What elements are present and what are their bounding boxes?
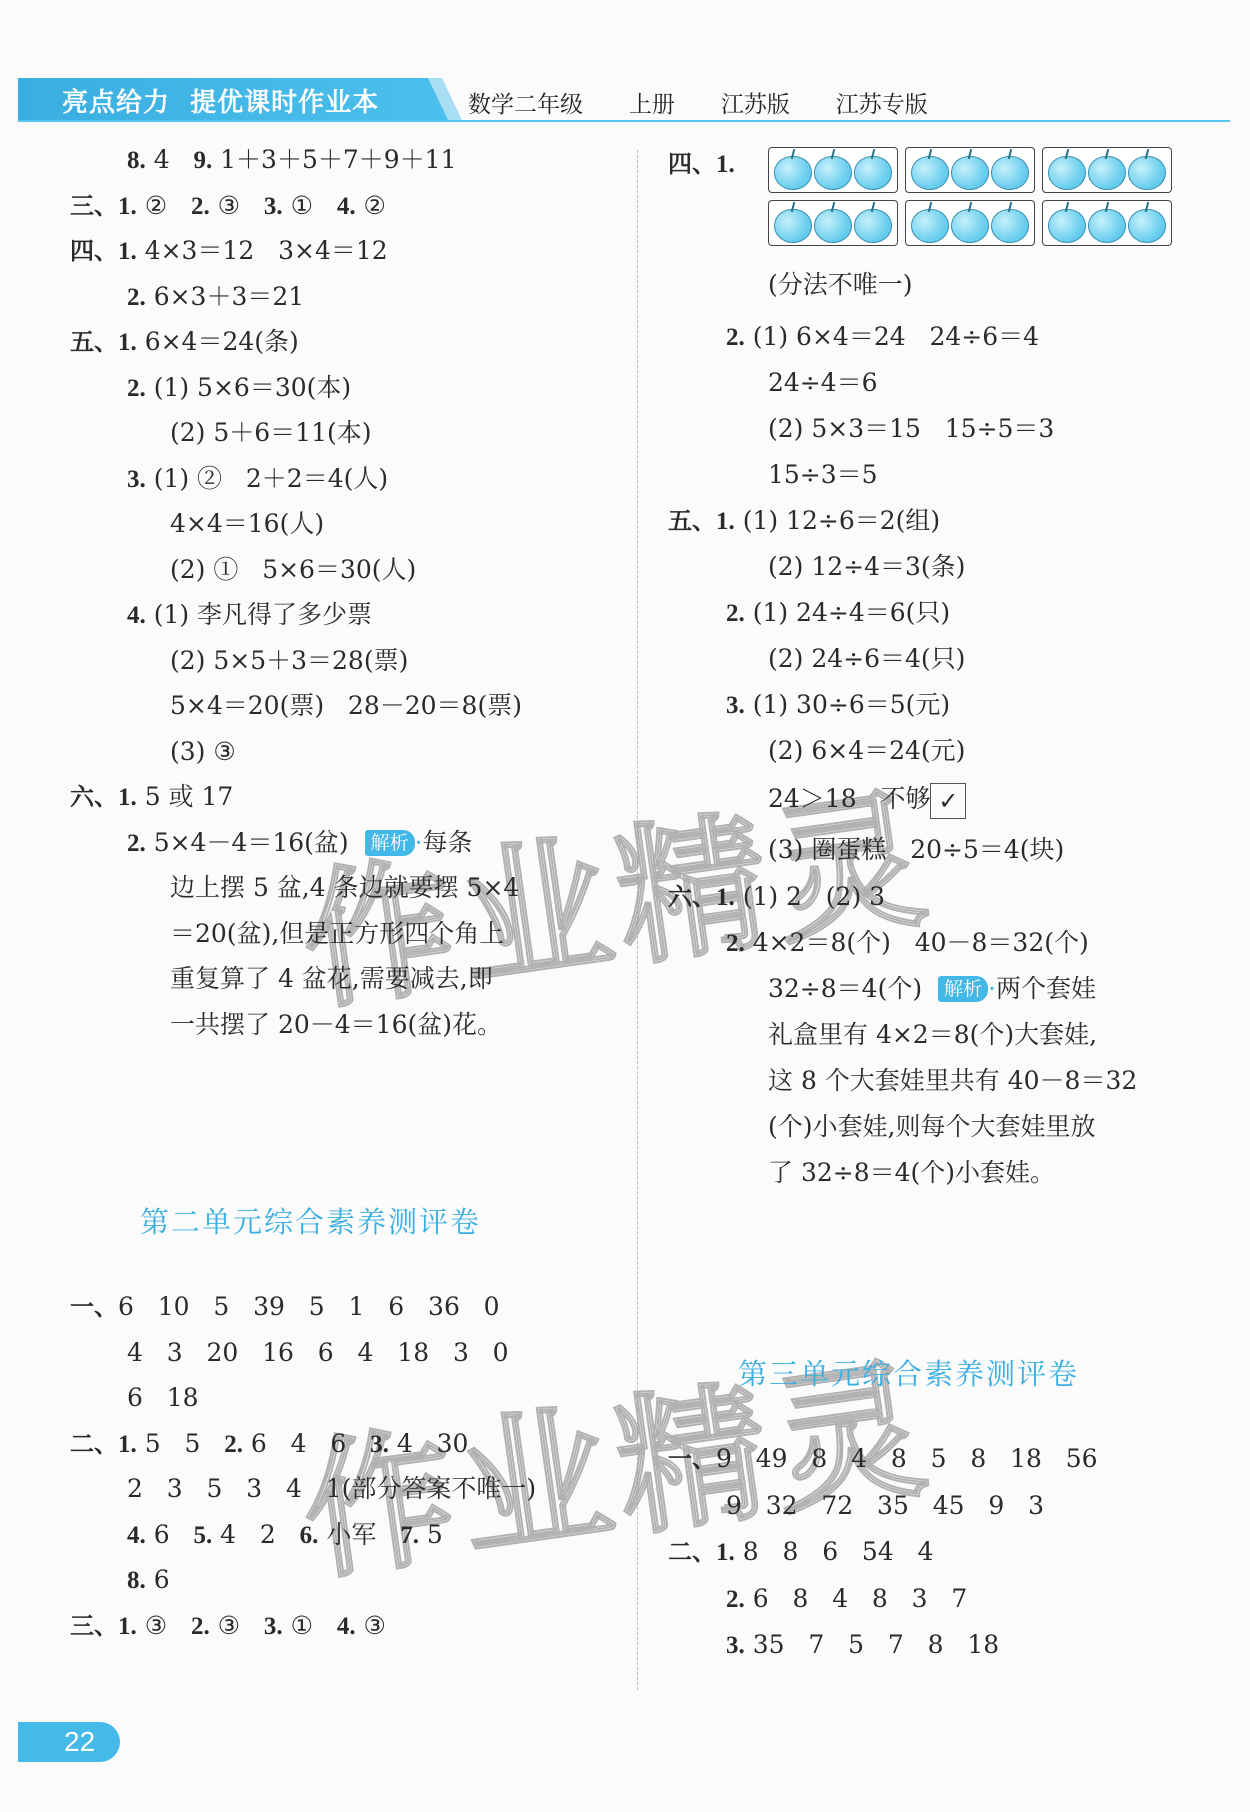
analysis-badge: 解析 — [365, 830, 415, 856]
answer-text: 6 — [146, 1565, 170, 1594]
apple-icon — [1088, 156, 1126, 190]
answer-line: 2. (1) 24÷4＝6(只) — [726, 596, 950, 631]
question-number: 8. — [127, 147, 146, 174]
answer-text: (1) 李凡得了多少票 — [146, 600, 372, 629]
question-number: 3. — [726, 692, 745, 719]
apple-group-box — [1042, 200, 1172, 246]
answer-text: (3) ③ — [170, 737, 236, 766]
answer-line: 礼盒里有 4×2＝8(个)大套娃, — [768, 1018, 1097, 1052]
answer-line: 重复算了 4 盆花,需要减去,即 — [170, 962, 493, 996]
apple-icon — [1088, 209, 1126, 243]
question-number: 2. — [191, 193, 210, 220]
answer-text: 4 — [146, 145, 194, 174]
answer-text: 4×2＝8(个) 40－8＝32(个) — [745, 928, 1089, 957]
answer-line: 2. 5×4－4＝16(盆) 解析·每条 — [127, 826, 473, 861]
section-title-unit3: 第三单元综合素养测评卷 — [738, 1352, 1079, 1393]
question-number: 2. — [726, 324, 745, 351]
answer-line: 6 18 — [127, 1381, 199, 1415]
answer-text: 9 32 72 35 45 9 3 — [726, 1491, 1044, 1520]
section-number: 二、 — [668, 1538, 716, 1566]
apple-icon — [1128, 156, 1166, 190]
answer-text: (2) 5＋6＝11(本) — [170, 418, 372, 447]
answer-text: 了 32÷8＝4(个)小套娃。 — [768, 1158, 1055, 1187]
section-number: 四、 — [70, 237, 118, 265]
question-number: 2. — [127, 830, 146, 857]
answer-line: 2 3 5 3 4 1(部分答案不唯一) — [127, 1472, 536, 1506]
book-subtitle: 数学二年级 上册 江苏版 江苏专版 — [468, 86, 928, 119]
answer-text: ③ — [137, 1611, 191, 1640]
answer-text: (个)小套娃,则每个大套娃里放 — [768, 1112, 1095, 1141]
answer-line: 4. (1) 李凡得了多少票 — [127, 598, 372, 633]
answer-line: 这 8 个大套娃里共有 40－8＝32 — [768, 1064, 1137, 1098]
question-number: 3. — [127, 466, 146, 493]
q4-1-label: 四、1. — [668, 147, 735, 182]
answer-text: ② — [356, 191, 386, 220]
answer-text: 小军 — [318, 1520, 400, 1549]
answer-text: 边上摆 5 盆,4 条边就要摆 5×4 — [170, 873, 519, 902]
question-number: 2. — [726, 1586, 745, 1613]
answer-text: (2) 12÷4＝3(条) — [768, 552, 965, 581]
answer-line: 2. 6 8 4 8 3 7 — [726, 1582, 967, 1617]
answer-line: 2. 6×3＋3＝21 — [127, 280, 304, 315]
answer-text: 24÷4＝6 — [768, 368, 878, 397]
answer-text: 6×4＝24(条) — [137, 327, 299, 356]
answer-line: ＝20(盆),但是正方形四个角上 — [170, 917, 504, 951]
question-number: 2. — [127, 375, 146, 402]
question-number: 5. — [193, 1522, 212, 1549]
answer-line: 二、1. 5 5 2. 6 4 6 3. 4 30 — [70, 1427, 468, 1462]
section-number: 一、 — [668, 1445, 716, 1473]
analysis-badge: 解析 — [938, 976, 988, 1002]
answer-line: (3) 圈蛋糕 20÷5＝4(块) — [768, 833, 1064, 867]
answer-text: 5 — [419, 1520, 443, 1549]
answer-text: 6×3＋3＝21 — [146, 282, 304, 311]
answer-text: 9 49 8 4 8 5 8 18 56 — [716, 1444, 1098, 1473]
answer-line: (2) 5×5＋3＝28(票) — [170, 644, 408, 678]
answer-text: 重复算了 4 盆花,需要减去,即 — [170, 964, 493, 993]
apple-group-box — [1042, 147, 1172, 193]
answer-line: 二、1. 8 8 6 54 4 — [668, 1535, 934, 1570]
question-number: 1. — [118, 1613, 137, 1640]
answer-line: 一、6 10 5 39 5 1 6 36 0 — [70, 1290, 500, 1324]
answer-line: 9 32 72 35 45 9 3 — [726, 1489, 1044, 1523]
question-number: 7. — [400, 1522, 419, 1549]
answer-line: 8. 6 — [127, 1563, 170, 1598]
answer-line: 边上摆 5 盆,4 条边就要摆 5×4 — [170, 871, 519, 905]
answer-text: 4 30 — [389, 1429, 469, 1458]
answer-line: 五、1. 6×4＝24(条) — [70, 325, 299, 360]
question-number: 1. — [118, 238, 137, 265]
answer-text: 35 7 5 7 8 18 — [745, 1630, 999, 1659]
section-number: 一、 — [70, 1293, 118, 1321]
answer-text: (2) 5×5＋3＝28(票) — [170, 646, 408, 675]
answer-line: 六、1. 5 或 17 — [70, 780, 233, 815]
answer-line: 四、1. 4×3＝12 3×4＝12 — [70, 234, 388, 269]
answer-text: 6 10 5 39 5 1 6 36 0 — [118, 1292, 500, 1321]
header-rule — [18, 120, 1230, 122]
answer-line: 一、9 49 8 4 8 5 8 18 56 — [668, 1442, 1098, 1476]
section-number: 五、 — [70, 328, 118, 356]
question-number: 1. — [118, 784, 137, 811]
answer-text: 5 5 — [137, 1429, 224, 1458]
answer-text: (2) 6×4＝24(元) — [768, 736, 965, 765]
answer-line: 2. 4×2＝8(个) 40－8＝32(个) — [726, 926, 1089, 961]
answer-text: (2) 24÷6＝4(只) — [768, 644, 965, 673]
question-number: 1. — [118, 193, 137, 220]
question-number: 3. — [264, 193, 283, 220]
section-number: 二、 — [70, 1430, 118, 1458]
answer-line: (2) 6×4＝24(元) — [768, 734, 965, 768]
apple-icon — [814, 156, 852, 190]
question-number: 3. — [370, 1431, 389, 1458]
answer-line: 五、1. (1) 12÷6＝2(组) — [668, 504, 940, 539]
section-number: 六、 — [668, 883, 716, 911]
page-header: 亮点给力 提优课时作业本 数学二年级 上册 江苏版 江苏专版 — [18, 78, 1230, 122]
answer-text: ① — [283, 191, 337, 220]
answer-text: 6 18 — [127, 1383, 199, 1412]
question-number: 4. — [127, 1522, 146, 1549]
answer-text: 6 — [146, 1520, 194, 1549]
apple-icon — [1128, 209, 1166, 243]
answer-text: 5×4＝20(票) 28－20＝8(票) — [170, 691, 522, 720]
question-number: 6. — [300, 1522, 319, 1549]
answer-line: 32÷8＝4(个) 解析·两个套娃 — [768, 972, 1096, 1006]
answer-text: (1) 24÷4＝6(只) — [745, 598, 950, 627]
question-number: 9. — [193, 147, 212, 174]
answer-line: 5×4＝20(票) 28－20＝8(票) — [170, 689, 522, 723]
answer-text: (1) 5×6＝30(本) — [146, 373, 351, 402]
question-number: 1. — [118, 329, 137, 356]
apple-icon — [951, 209, 989, 243]
answer-line: 3. 35 7 5 7 8 18 — [726, 1628, 999, 1663]
question-number: 2. — [191, 1613, 210, 1640]
apple-group-box — [905, 200, 1035, 246]
answer-text: 24＞18 不够 — [768, 784, 930, 813]
apple-icon — [774, 156, 812, 190]
answer-text: (3) 圈蛋糕 20÷5＝4(块) — [768, 835, 1064, 864]
apple-icon — [774, 209, 812, 243]
question-number: 3. — [726, 1632, 745, 1659]
answer-text: ③ — [210, 191, 264, 220]
question-number: 2. — [224, 1431, 243, 1458]
analysis-text: 每条 — [423, 828, 473, 857]
answer-line: 24÷4＝6 — [768, 366, 878, 400]
question-number: 3. — [264, 1613, 283, 1640]
apple-group-box — [768, 147, 898, 193]
answer-line: (2) ① 5×6＝30(人) — [170, 553, 416, 587]
question-number: 1. — [716, 1539, 735, 1566]
section-number: 六、 — [70, 783, 118, 811]
answer-line: 3. (1) ② 2＋2＝4(人) — [127, 462, 388, 497]
answer-text: 4 2 — [212, 1520, 299, 1549]
question-number: 4. — [337, 1613, 356, 1640]
apple-icon — [1048, 156, 1086, 190]
answer-line: 三、1. ② 2. ③ 3. ① 4. ② — [70, 189, 386, 224]
question-number: 2. — [127, 284, 146, 311]
answer-line: (2) 24÷6＝4(只) — [768, 642, 965, 676]
apple-icon — [991, 209, 1029, 243]
answer-text: 4×4＝16(人) — [170, 509, 324, 538]
answer-line: 8. 4 9. 1＋3＋5＋7＋9＋11 — [127, 143, 457, 178]
apple-group-box — [768, 200, 898, 246]
answer-text: ③ — [210, 1611, 264, 1640]
answer-line: (2) 5×3＝15 15÷5＝3 — [768, 412, 1054, 446]
answer-text: ＝20(盆),但是正方形四个角上 — [170, 919, 504, 948]
answer-text: 4 3 20 16 6 4 18 3 0 — [127, 1338, 509, 1367]
apple-icon — [951, 156, 989, 190]
answer-text: 6 4 6 — [243, 1429, 370, 1458]
answer-text: 这 8 个大套娃里共有 40－8＝32 — [768, 1066, 1137, 1095]
answer-text: 礼盒里有 4×2＝8(个)大套娃, — [768, 1020, 1097, 1049]
answer-line: (2) 12÷4＝3(条) — [768, 550, 965, 584]
apple-icon — [1048, 209, 1086, 243]
answer-line: 24＞18 不够✓ — [768, 782, 966, 819]
answer-line: 三、1. ③ 2. ③ 3. ① 4. ③ — [70, 1609, 386, 1644]
apple-group-box — [905, 147, 1035, 193]
answer-line: 4×4＝16(人) — [170, 507, 324, 541]
apple-icon — [854, 209, 892, 243]
answer-text: (1) 2 (2) 3 — [735, 882, 885, 911]
question-number: 4. — [337, 193, 356, 220]
answer-text: 5×4－4＝16(盆) — [146, 828, 365, 857]
question-number: 8. — [127, 1567, 146, 1594]
answer-text: (1) 30÷6＝5(元) — [745, 690, 950, 719]
apple-icon — [854, 156, 892, 190]
badge-dot: · — [988, 974, 996, 1003]
answer-text: 4×3＝12 3×4＝12 — [137, 236, 388, 265]
book-title: 亮点给力 提优课时作业本 — [62, 82, 379, 119]
answer-text: (2) ① 5×6＝30(人) — [170, 555, 416, 584]
badge-dot: · — [415, 828, 423, 857]
question-number: 4. — [127, 602, 146, 629]
answer-text: 8 8 6 54 4 — [735, 1537, 934, 1566]
question-number: 1. — [716, 884, 735, 911]
section-title-unit2: 第二单元综合素养测评卷 — [140, 1200, 481, 1241]
apple-icon — [911, 156, 949, 190]
answer-line: (3) ③ — [170, 735, 236, 769]
answer-text: 6 8 4 8 3 7 — [745, 1584, 968, 1613]
question-number: 2. — [726, 930, 745, 957]
question-number: 1. — [716, 508, 735, 535]
answer-line: (个)小套娃,则每个大套娃里放 — [768, 1110, 1095, 1144]
answer-line: 4 3 20 16 6 4 18 3 0 — [127, 1336, 509, 1370]
question-number: 2. — [726, 600, 745, 627]
answer-line: 2. (1) 6×4＝24 24÷6＝4 — [726, 320, 1039, 355]
checkmark-box: ✓ — [930, 783, 966, 819]
section-number: 五、 — [668, 507, 716, 535]
answer-line: 15÷3＝5 — [768, 458, 878, 492]
answer-text: ① — [283, 1611, 337, 1640]
section-number: 三、 — [70, 1612, 118, 1640]
apple-icon — [911, 209, 949, 243]
answer-line: 一共摆了 20－4＝16(盆)花。 — [170, 1008, 502, 1042]
answer-text: ③ — [356, 1611, 386, 1640]
answer-text: 一共摆了 20－4＝16(盆)花。 — [170, 1010, 502, 1039]
answer-line: (2) 5＋6＝11(本) — [170, 416, 372, 450]
answer-text: 1＋3＋5＋7＋9＋11 — [212, 145, 456, 174]
answer-line: 六、1. (1) 2 (2) 3 — [668, 880, 885, 915]
analysis-text: 两个套娃 — [996, 974, 1096, 1003]
apple-icon — [814, 209, 852, 243]
answer-line: 3. (1) 30÷6＝5(元) — [726, 688, 950, 723]
answer-text: (1) ② 2＋2＝4(人) — [146, 464, 388, 493]
answer-text: (1) 12÷6＝2(组) — [735, 506, 940, 535]
answer-text: (1) 6×4＝24 24÷6＝4 — [745, 322, 1039, 351]
answer-text: 5 或 17 — [137, 782, 234, 811]
answer-line: 2. (1) 5×6＝30(本) — [127, 371, 351, 406]
answer-text: ② — [137, 191, 191, 220]
question-number: 1. — [118, 1431, 137, 1458]
answer-text: 15÷3＝5 — [768, 460, 878, 489]
answer-text: (2) 5×3＝15 15÷5＝3 — [768, 414, 1054, 443]
apple-icon — [991, 156, 1029, 190]
answer-line: 了 32÷8＝4(个)小套娃。 — [768, 1156, 1055, 1190]
apple-note: (分法不唯一) — [768, 268, 913, 302]
answer-text: 2 3 5 3 4 1(部分答案不唯一) — [127, 1474, 536, 1503]
section-number: 三、 — [70, 192, 118, 220]
answer-text: 32÷8＝4(个) — [768, 974, 938, 1003]
page-number: 22 — [18, 1722, 120, 1762]
answer-line: 4. 6 5. 4 2 6. 小军 7. 5 — [127, 1518, 443, 1553]
